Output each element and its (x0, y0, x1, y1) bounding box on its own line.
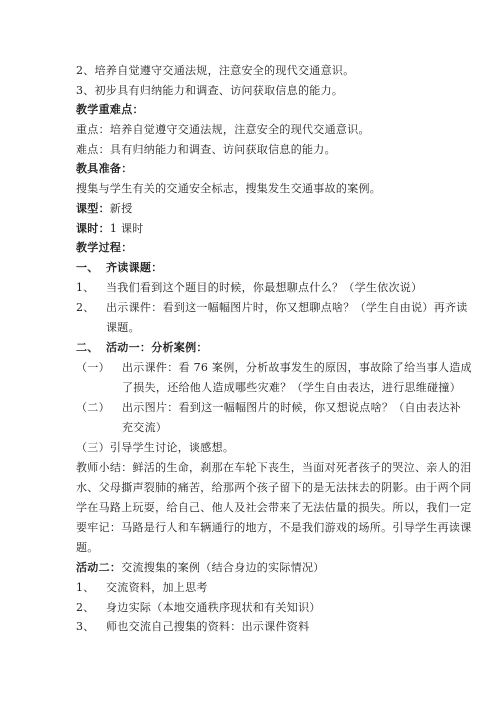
item-num: 3、 (76, 620, 106, 634)
section-2-item-1-cont: 了损失，还给他人造成哪些灾难？（学生自由表达，进行思维碰撞） (122, 381, 461, 395)
process-heading: 教学过程： (76, 241, 133, 255)
section-2-item-3: （三）引导学生讨论，谈感想。 (76, 441, 234, 455)
activity-2-item-2: 2、身边实际（本地交通秩序现状和有关知识） (76, 601, 321, 615)
summary-line-2: 水、父母撕声裂肺的痛苦，给那两个孩子留下的是无法抹去的阴影。由于两个同 (76, 481, 472, 495)
key-difficult-heading: 教学重难点： (76, 103, 144, 117)
item-num: 2、 (76, 601, 106, 615)
activity-2-item-3: 3、师也交流自己搜集的资料：出示课件资料 (76, 620, 309, 634)
section-1-item-2: 2、出示课件：看到这一幅幅图片时，你又想聊点啥？（学生自由说）再齐读 (76, 301, 468, 315)
section-1-title: 齐读课题： (106, 261, 163, 274)
section-1-num: 一、 (76, 261, 106, 275)
summary-line-4: 要牢记：马路是行人和车辆通行的地方，不是我们游戏的场所。引导学生再读课 (76, 521, 472, 535)
section-1-heading: 一、齐读课题： (76, 261, 163, 275)
lesson-type: 课型：新授 (76, 202, 133, 216)
summary-line-3: 学在马路上玩耍，给自己、他人及社会带来了无法估量的损失。所以，我们一定 (76, 501, 472, 515)
section-2-item-2-cont: 充交流） (122, 421, 167, 435)
item-text: 出示图片：看到这一幅幅图片的时候，你又想说点啥？（自由表达补 (122, 401, 461, 414)
item-num: （一） (76, 361, 122, 375)
summary-line-1: 教师小结：鲜活的生命，刹那在车轮下丧生，当面对死者孩子的哭泣、亲人的泪 (76, 461, 472, 475)
item-num: （二） (76, 401, 122, 415)
summary-line-5: 题。 (76, 541, 99, 555)
item-num: 1、 (76, 581, 106, 595)
lesson-type-value: 新授 (110, 202, 133, 215)
section-2-num: 二、 (76, 341, 106, 355)
item-text: 交流资料，加上思考 (106, 581, 208, 594)
objective-3: 3、初步具有归纳能力和调查、访问获取信息的能力。 (76, 84, 343, 98)
activity-2-item-1: 1、交流资料，加上思考 (76, 581, 208, 595)
activity-2-heading: 活动二：交流搜集的案例（结合身边的实际情况） (76, 561, 325, 575)
section-2-heading: 二、活动一：分析案例： (76, 341, 208, 355)
item-text: 身边实际（本地交通秩序现状和有关知识） (106, 601, 321, 614)
section-1-item-2-cont: 课题。 (106, 321, 140, 335)
item-num: 2、 (76, 301, 106, 315)
difficult-point: 难点：具有归纳能力和调查、访问获取信息的能力。 (76, 143, 336, 157)
item-num: 1、 (76, 281, 106, 295)
key-point: 重点：培养自觉遵守交通法规，注意安全的现代交通意识。 (76, 123, 370, 137)
section-2-item-1: （一）出示课件：看 76 案例，分析故事发生的原因，事故除了给当事人造成 (76, 361, 472, 375)
duration-label: 课时： (76, 222, 110, 235)
duration: 课时：1 课时 (76, 222, 144, 236)
activity-2-title: 交流搜集的案例（结合身边的实际情况） (121, 561, 324, 574)
section-1-item-1: 1、当我们看到这个题目的时候，你最想聊点什么？（学生依次说） (76, 281, 422, 295)
activity-2-label: 活动二： (76, 561, 121, 574)
section-2-item-2: （二）出示图片：看到这一幅幅图片的时候，你又想说点啥？（自由表达补 (76, 401, 461, 415)
item-text: 师也交流自己搜集的资料：出示课件资料 (106, 620, 309, 633)
materials-heading: 教具准备： (76, 162, 133, 176)
document-page: 2、培养自觉遵守交通法规，注意安全的现代交通意识。 3、初步具有归纳能力和调查、… (0, 0, 500, 707)
duration-value: 1 课时 (110, 222, 144, 235)
materials-text: 搜集与学生有关的交通安全标志，搜集发生交通事故的案例。 (76, 182, 381, 196)
lesson-type-label: 课型： (76, 202, 110, 215)
item-text: 出示课件：看到这一幅幅图片时，你又想聊点啥？（学生自由说）再齐读 (106, 301, 468, 314)
objective-2: 2、培养自觉遵守交通法规，注意安全的现代交通意识。 (76, 64, 355, 78)
item-text: 出示课件：看 76 案例，分析故事发生的原因，事故除了给当事人造成 (122, 361, 472, 374)
item-text: 当我们看到这个题目的时候，你最想聊点什么？（学生依次说） (106, 281, 422, 294)
section-2-title: 活动一：分析案例： (106, 341, 208, 354)
